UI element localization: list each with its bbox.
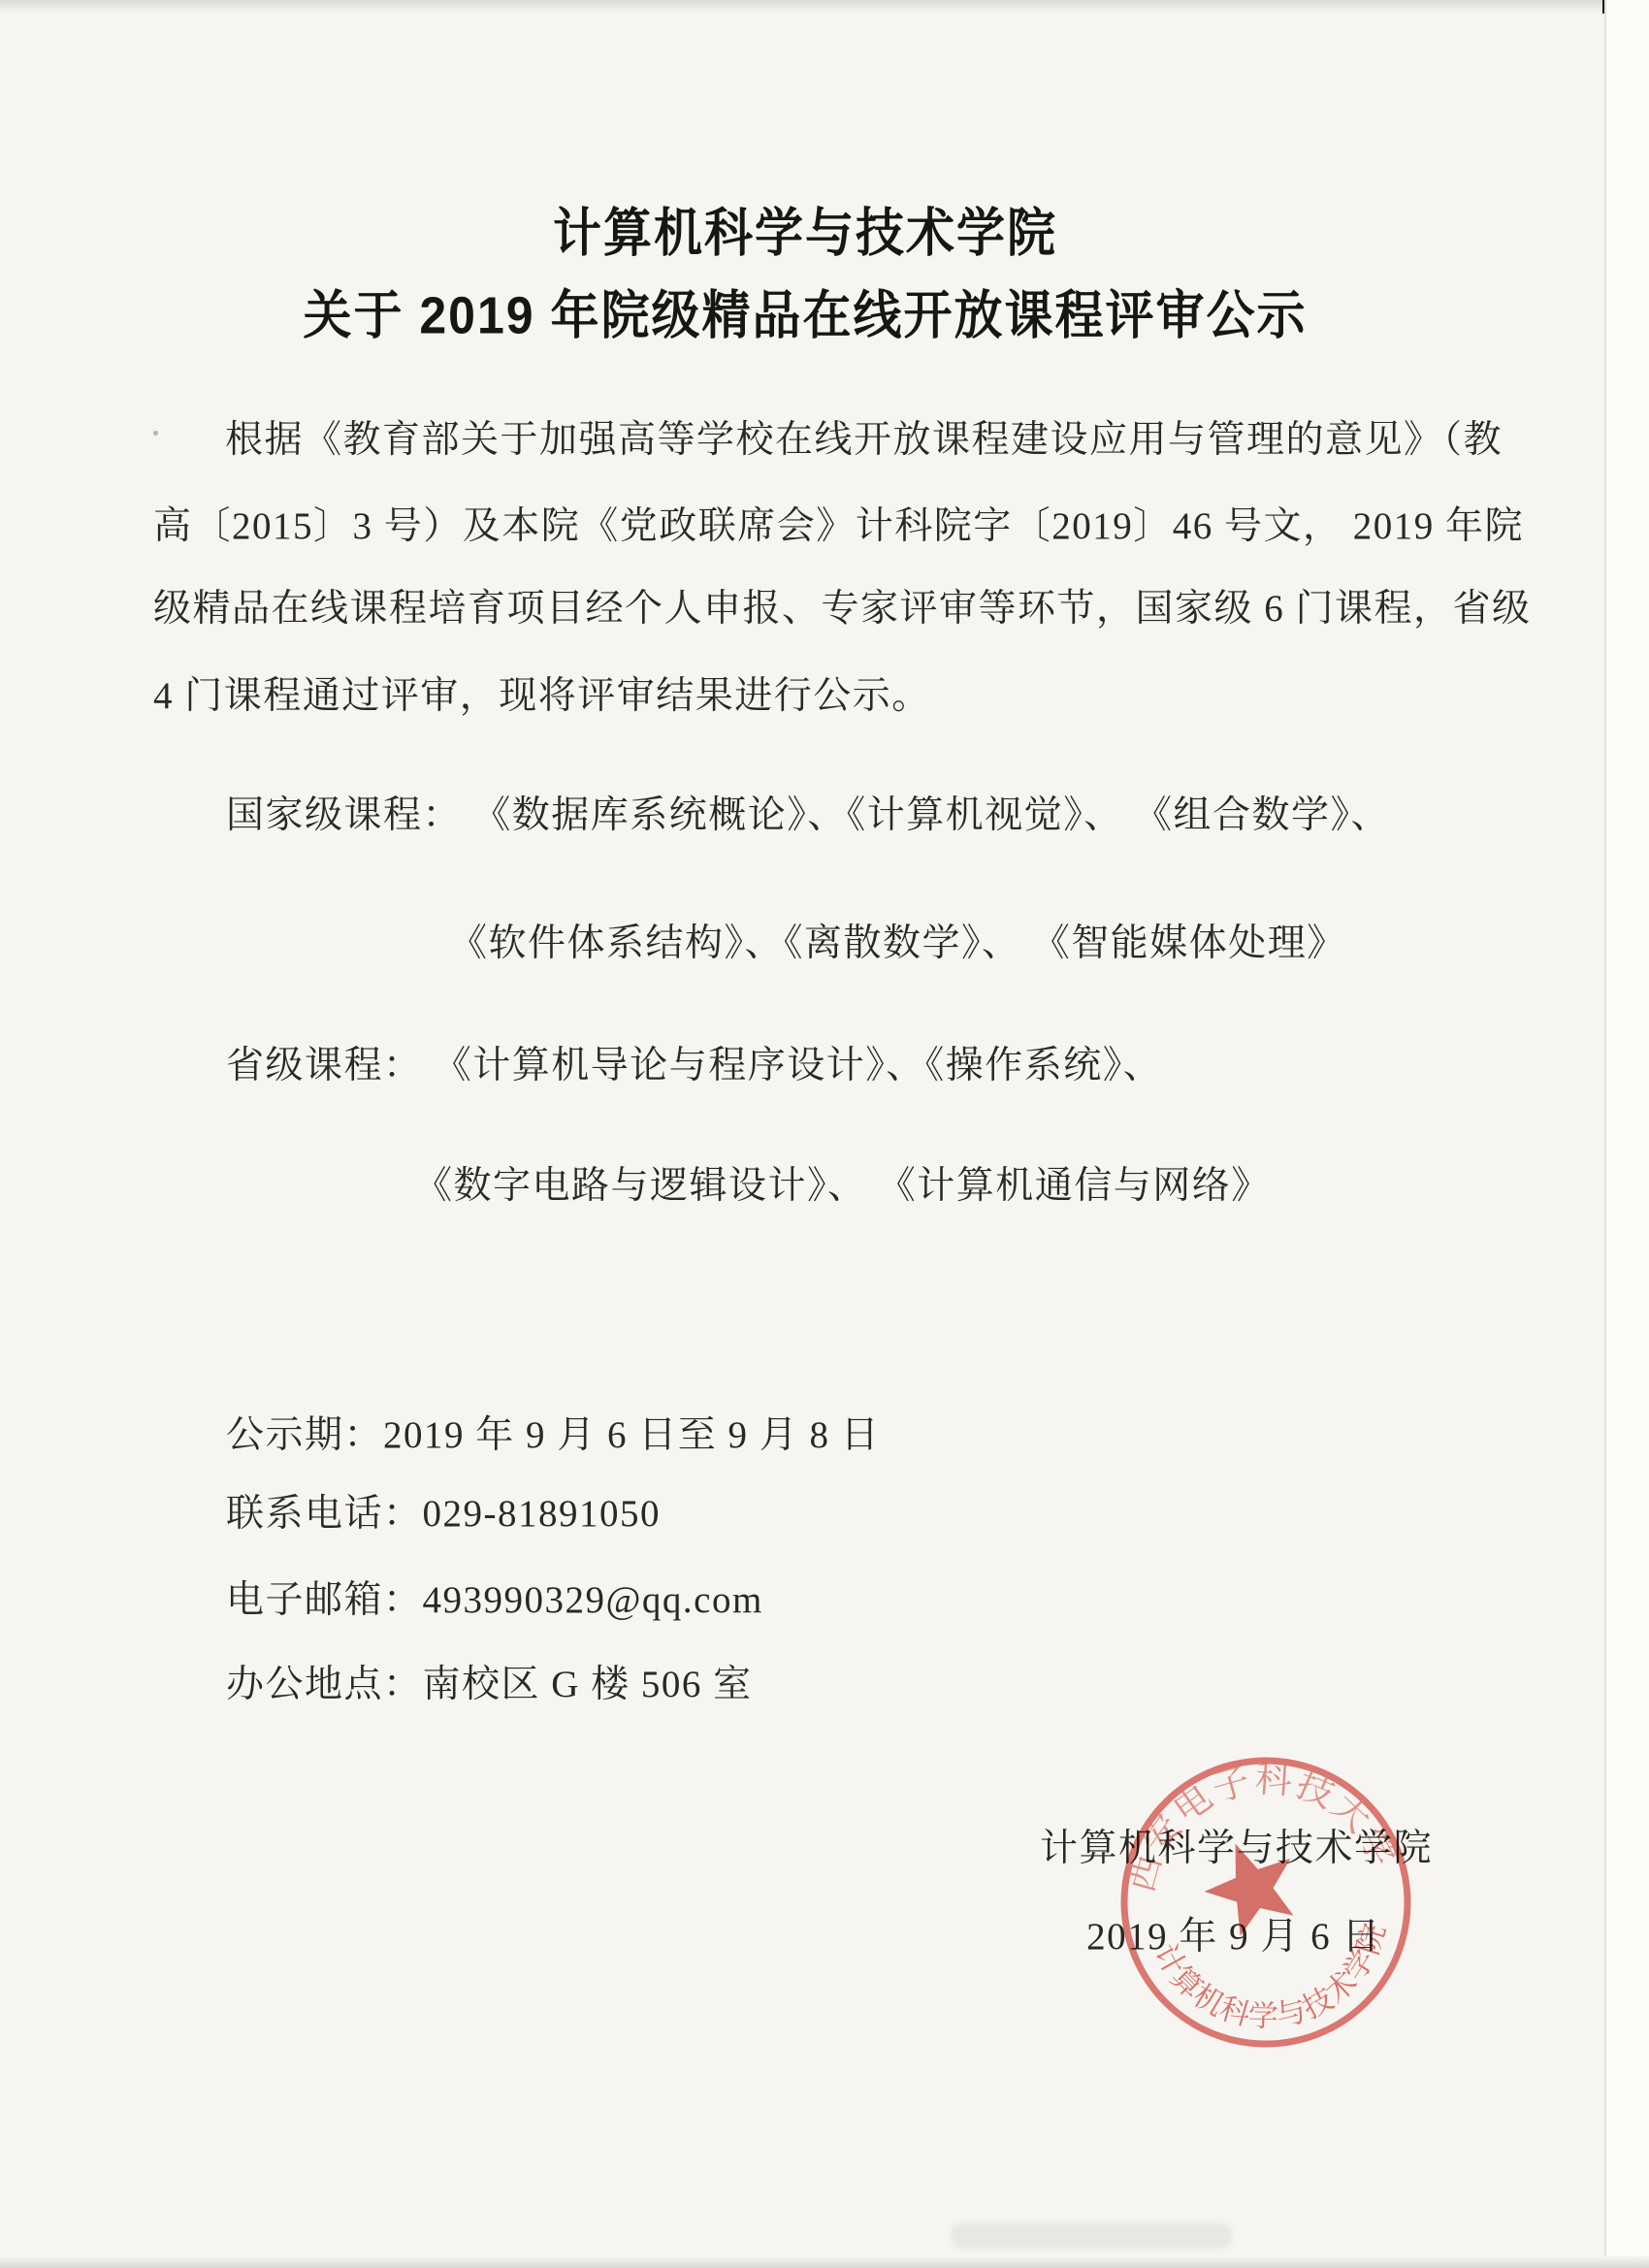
scan-artifact-bottom-edge	[0, 2256, 1649, 2268]
paragraph-line-2: 高〔2015〕3 号）及本院《党政联席会》计科院字〔2019〕46 号文， 20…	[153, 502, 1524, 552]
stamp-star-icon	[1200, 1838, 1298, 1939]
paragraph-line-1: 根据《教育部关于加强高等学校在线开放课程建设应用与管理的意见》（教	[225, 415, 1503, 466]
contact-email-line: 电子邮箱：493990329@qq.com	[226, 1575, 763, 1626]
document-title-line2: 关于 2019 年院级精品在线开放课程评审公示	[0, 284, 1610, 347]
paragraph-line-3: 级精品在线课程培育项目经个人申报、专家评审等环节，国家级 6 门课程，省级	[153, 584, 1532, 634]
scan-artifact-right-paper-edge	[1604, 0, 1649, 2268]
official-red-stamp: 西安电子科技大学 计算机科学与技术学院	[1084, 1721, 1447, 2084]
scan-artifact-speckle	[951, 2223, 1232, 2249]
stamp-department-arc-text: 计算机科学与技术学院	[1147, 1916, 1402, 2047]
scanned-document-page: 计算机科学与技术学院 关于 2019 年院级精品在线开放课程评审公示 根据《教育…	[0, 0, 1649, 2268]
national-courses-line-1: 国家级课程： 《数据库系统概论》、《计算机视觉》、 《组合数学》、	[226, 791, 1390, 841]
scan-artifact-top-edge	[0, 0, 1649, 14]
national-courses-line-2: 《软件体系结构》、《离散数学》、 《智能媒体处理》	[449, 919, 1346, 969]
scan-artifact-dot	[153, 431, 158, 436]
document-title-line1: 计算机科学与技术学院	[0, 202, 1610, 265]
paragraph-line-4: 4 门课程通过评审，现将评审结果进行公示。	[153, 671, 931, 722]
provincial-courses-line-2: 《数字电路与逻辑设计》、 《计算机通信与网络》	[414, 1161, 1271, 1212]
provincial-courses-line-1: 省级课程： 《计算机导论与程序设计》、《操作系统》、	[226, 1041, 1162, 1091]
office-location-line: 办公地点：南校区 G 楼 506 室	[226, 1660, 753, 1710]
contact-phone-line: 联系电话：029-81891050	[226, 1489, 661, 1539]
publicity-period-line: 公示期：2019 年 9 月 6 日至 9 月 8 日	[226, 1410, 880, 1461]
